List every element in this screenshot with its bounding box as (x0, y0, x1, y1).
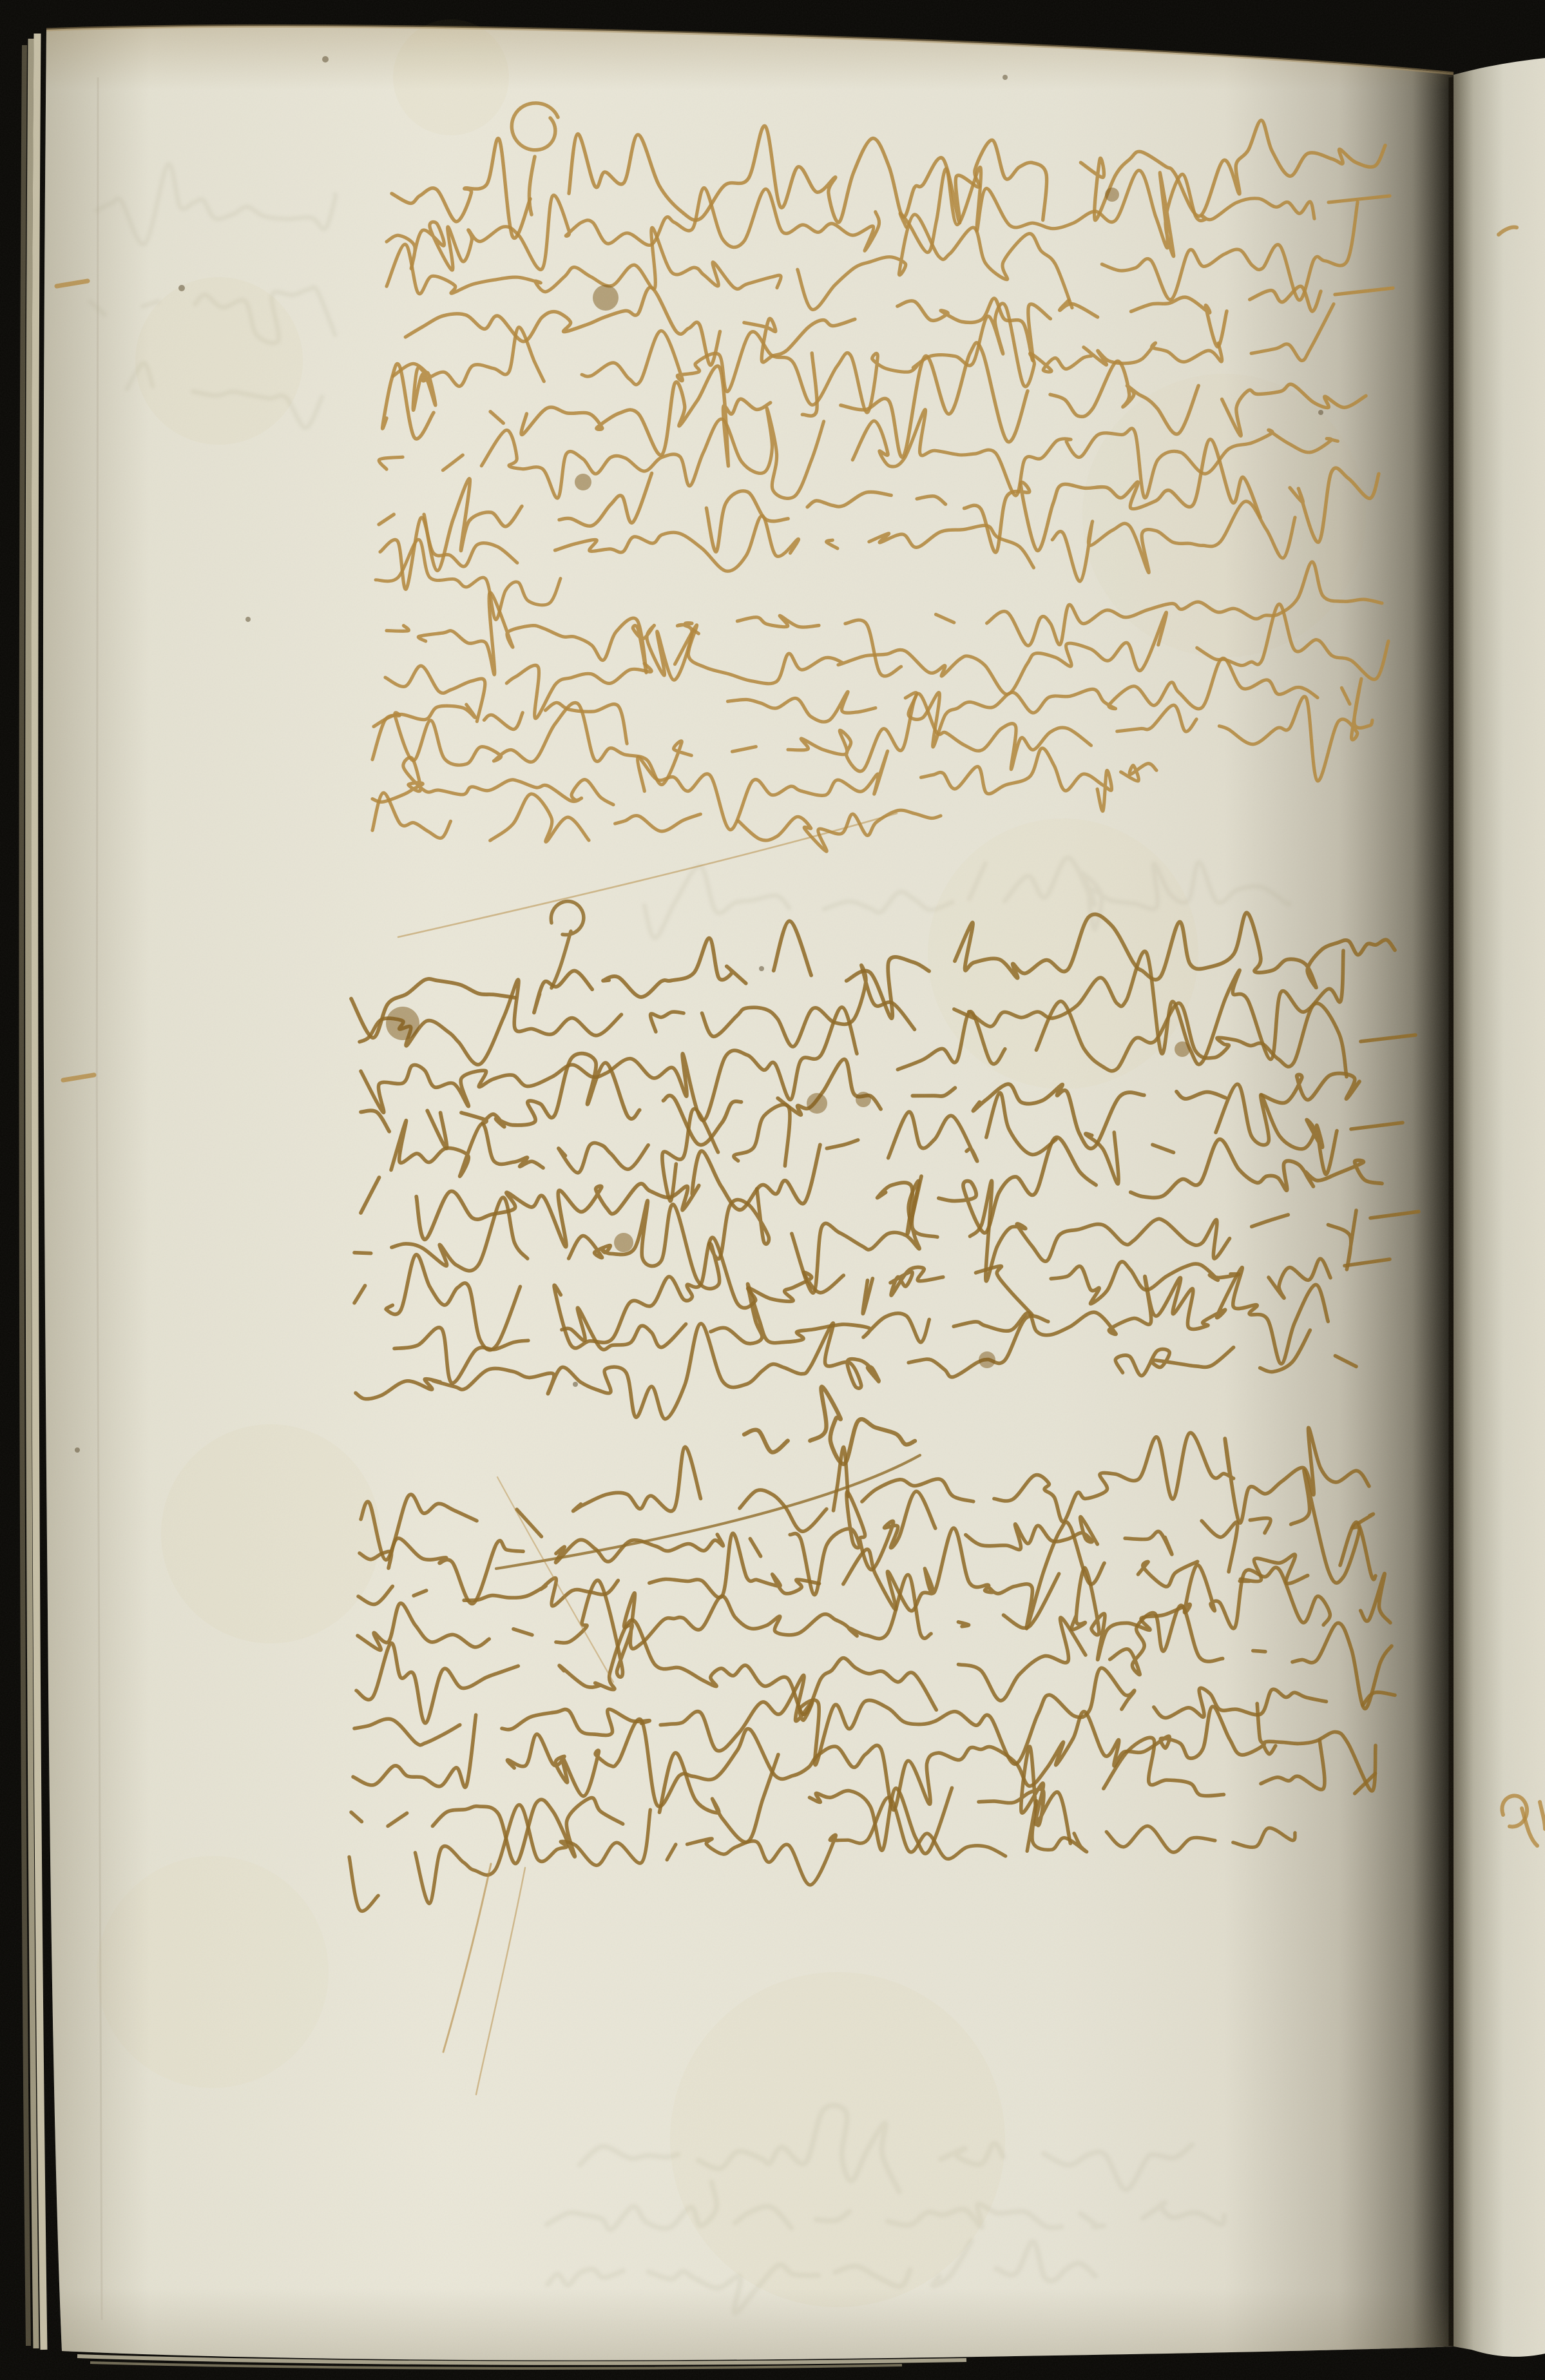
scan-image (0, 0, 1545, 2380)
paper-grain (0, 0, 1545, 2380)
manuscript-scan: Archival scan of a handwritten manuscrip… (0, 0, 1545, 2380)
